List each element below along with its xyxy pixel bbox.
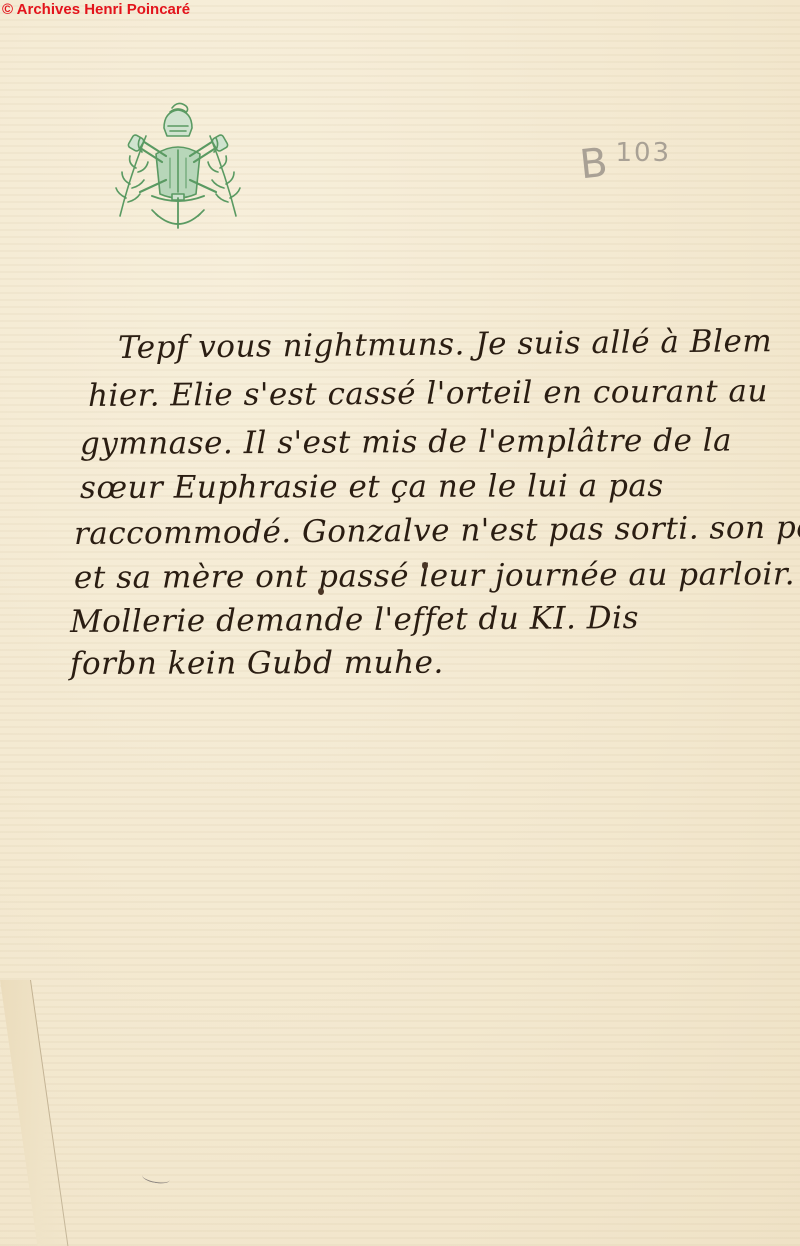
heraldic-crest-icon <box>112 98 244 232</box>
letter-line: Mollerie demande l'effet du KI. Dis <box>70 600 639 640</box>
archive-shelfmark: B103 <box>580 138 671 187</box>
letter-line: forbn kein Gubd muhe. <box>70 645 444 682</box>
letter-line: gymnase. Il s'est mis de l'emplâtre de l… <box>80 423 732 462</box>
shelfmark-number: 103 <box>615 138 671 168</box>
archive-copyright-watermark: © Archives Henri Poincaré <box>2 1 190 18</box>
shelfmark-letter: B <box>578 140 610 189</box>
document-page: © Archives Henri Poincaré <box>0 0 800 1246</box>
letter-line: sœur Euphrasie et ça ne le lui a pas <box>80 468 664 506</box>
letter-line: Tepf vous nightmuns. Je suis allé à Blem <box>118 323 773 366</box>
letter-line: hier. Elie s'est cassé l'orteil en coura… <box>88 373 768 414</box>
letter-line: raccommodé. Gonzalve n'est pas sorti. so… <box>74 509 800 552</box>
letter-line: et sa mère ont passé leur journée au par… <box>74 556 795 596</box>
pencil-squiggle <box>141 1170 170 1186</box>
paper-fold-edge <box>0 980 68 1246</box>
ink-blot <box>318 588 324 595</box>
ink-blot <box>422 562 428 569</box>
